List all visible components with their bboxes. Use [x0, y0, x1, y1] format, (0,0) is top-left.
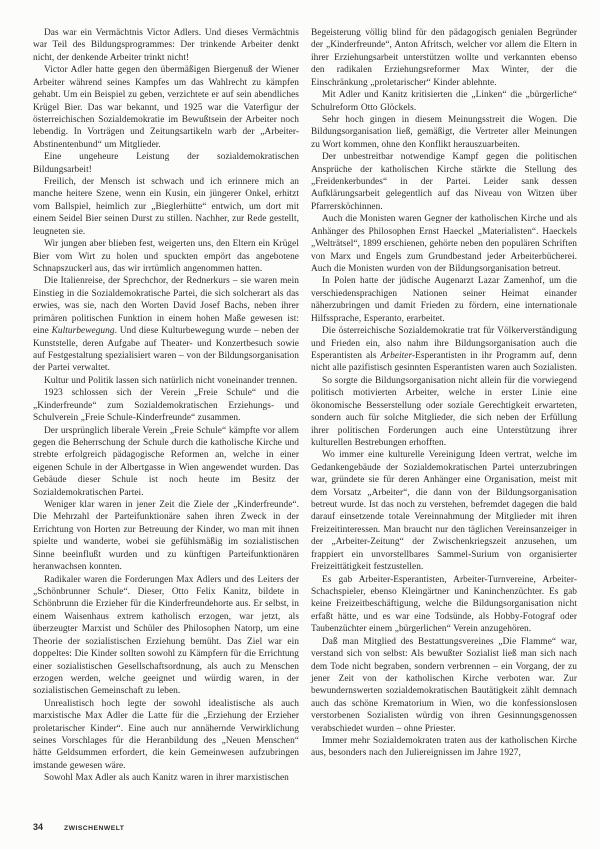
- body-text: Der unbestreitbar notwendige Kampf gegen…: [311, 152, 577, 212]
- paragraph: Die Italienreise, der Sprechchor, der Re…: [33, 275, 299, 374]
- paragraph: Sehr hoch gingen in diesem Meinungsstrei…: [311, 114, 577, 151]
- paragraph: Eine ungeheure Leistung der sozialdemokr…: [33, 151, 299, 176]
- body-text: Unrealistisch hoch legte der sowohl idea…: [33, 699, 299, 771]
- body-text: Weniger klar waren in jener Zeit die Zie…: [33, 500, 299, 572]
- journal-title: ZWISCHENWELT: [64, 825, 124, 832]
- body-text: Eine ungeheure Leistung der sozialdemokr…: [33, 152, 299, 174]
- body-text: Sowohl Max Adler als auch Kanitz waren i…: [44, 773, 289, 783]
- body-text: Mit Adler und Kanitz kritisierten die „L…: [311, 90, 577, 112]
- emphasized-text: Kulturbewegung: [52, 326, 115, 336]
- paragraph: Kultur und Politik lassen sich natürlich…: [33, 375, 299, 387]
- body-text: Der ursprünglich liberale Verein „Freie …: [33, 426, 299, 498]
- paragraph: Das war ein Vermächtnis Victor Adlers. U…: [33, 27, 299, 64]
- body-text: Auch die Monisten waren Gegner der katho…: [311, 214, 577, 274]
- paragraph: Mit Adler und Kanitz kritisierten die „L…: [311, 89, 577, 114]
- journal-page: Das war ein Vermächtnis Victor Adlers. U…: [0, 0, 600, 849]
- paragraph: Daß man Mitglied des Bestattungsvereines…: [311, 636, 577, 735]
- paragraph: Wo immer eine kulturelle Vereinigung Ide…: [311, 449, 577, 573]
- paragraph: Der unbestreitbar notwendige Kampf gegen…: [311, 151, 577, 213]
- paragraph: Wir jungen aber blieben fest, weigerten …: [33, 238, 299, 275]
- body-text: Immer mehr Sozialdemokraten traten aus d…: [311, 736, 577, 758]
- body-text: Daß man Mitglied des Bestattungsvereines…: [311, 637, 577, 734]
- body-text: Victor Adler hatte gegen den übermäßigen…: [33, 65, 299, 150]
- paragraph: So sorgte die Bildungsorganisation nicht…: [311, 375, 577, 450]
- body-text: Sehr hoch gingen in diesem Meinungsstrei…: [311, 115, 577, 150]
- paragraph: Begeisterung völlig blind für den pädago…: [311, 27, 577, 89]
- paragraph: Der ursprünglich liberale Verein „Freie …: [33, 425, 299, 500]
- body-text: Kultur und Politik lassen sich natürlich…: [44, 376, 297, 386]
- body-text: Begeisterung völlig blind für den pädago…: [311, 28, 577, 88]
- page-footer: 34 ZWISCHENWELT: [33, 822, 124, 832]
- body-text: Freilich, der Mensch ist schwach und ich…: [33, 177, 299, 237]
- paragraph: 1923 schlossen sich der Verein „Freie Sc…: [33, 387, 299, 424]
- emphasized-text: Arbeiter-: [381, 351, 416, 361]
- paragraph: Unrealistisch hoch legte der sowohl idea…: [33, 698, 299, 773]
- text-column-right: Begeisterung völlig blind für den pädago…: [311, 27, 577, 785]
- paragraph: Es gab Arbeiter-Esperantisten, Arbeiter-…: [311, 574, 577, 636]
- body-text: In Polen hatte der jüdische Augenarzt La…: [311, 276, 577, 323]
- body-text: Wo immer eine kulturelle Vereinigung Ide…: [311, 450, 577, 572]
- page-number: 34: [33, 822, 43, 832]
- body-text: Radikaler waren die Forderungen Max Adle…: [33, 575, 299, 697]
- text-columns: Das war ein Vermächtnis Victor Adlers. U…: [33, 27, 576, 785]
- paragraph: Victor Adler hatte gegen den übermäßigen…: [33, 64, 299, 151]
- paragraph: Freilich, der Mensch ist schwach und ich…: [33, 176, 299, 238]
- paragraph: Immer mehr Sozialdemokraten traten aus d…: [311, 735, 577, 760]
- paragraph: Auch die Monisten waren Gegner der katho…: [311, 213, 577, 275]
- body-text: Wir jungen aber blieben fest, weigerten …: [33, 239, 299, 274]
- text-column-left: Das war ein Vermächtnis Victor Adlers. U…: [33, 27, 299, 785]
- paragraph: Weniger klar waren in jener Zeit die Zie…: [33, 499, 299, 574]
- body-text: Es gab Arbeiter-Esperantisten, Arbeiter-…: [311, 575, 577, 635]
- paragraph: Die österreichische Sozialdemokratie tra…: [311, 325, 577, 375]
- paragraph: Sowohl Max Adler als auch Kanitz waren i…: [33, 772, 299, 784]
- body-text: So sorgte die Bildungsorganisation nicht…: [311, 376, 577, 448]
- paragraph: Radikaler waren die Forderungen Max Adle…: [33, 574, 299, 698]
- body-text: Das war ein Vermächtnis Victor Adlers. U…: [33, 28, 299, 63]
- body-text: 1923 schlossen sich der Verein „Freie Sc…: [33, 388, 299, 423]
- paragraph: In Polen hatte der jüdische Augenarzt La…: [311, 275, 577, 325]
